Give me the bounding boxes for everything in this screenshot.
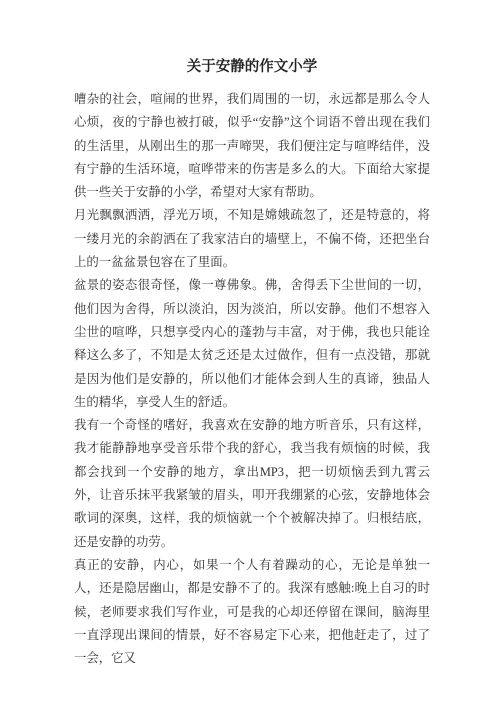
document-page: 关于安静的作文小学 嘈杂的社会，喧闹的世界，我们周围的一切，永远都是那么令人心烦…: [0, 0, 500, 707]
paragraph-1: 嘈杂的社会，喧闹的世界，我们周围的一切，永远都是那么令人心烦，夜的宁静也被打破，…: [74, 88, 430, 204]
paragraph-4: 我有一个奇怪的嗜好，我喜欢在安静的地方听音乐，只有这样，我才能静静地享受音乐带个…: [74, 414, 430, 554]
paragraph-5: 真正的安静，内心，如果一个人有着躁动的心，无论是单独一人，还是隐居幽山，都是安静…: [74, 554, 430, 670]
document-body: 嘈杂的社会，喧闹的世界，我们周围的一切，永远都是那么令人心烦，夜的宁静也被打破，…: [74, 88, 430, 670]
document-title: 关于安静的作文小学: [74, 57, 430, 78]
paragraph-3: 盆景的姿态很奇怪，像一尊佛象。佛，舍得丢下尘世间的一切，他们因为舍得，所以淡泊，…: [74, 274, 430, 414]
paragraph-2: 月光飘飘洒洒，浮光万顷，不知是嫦娥疏忽了，还是特意的，将一缕月光的余韵洒在了我家…: [74, 204, 430, 274]
